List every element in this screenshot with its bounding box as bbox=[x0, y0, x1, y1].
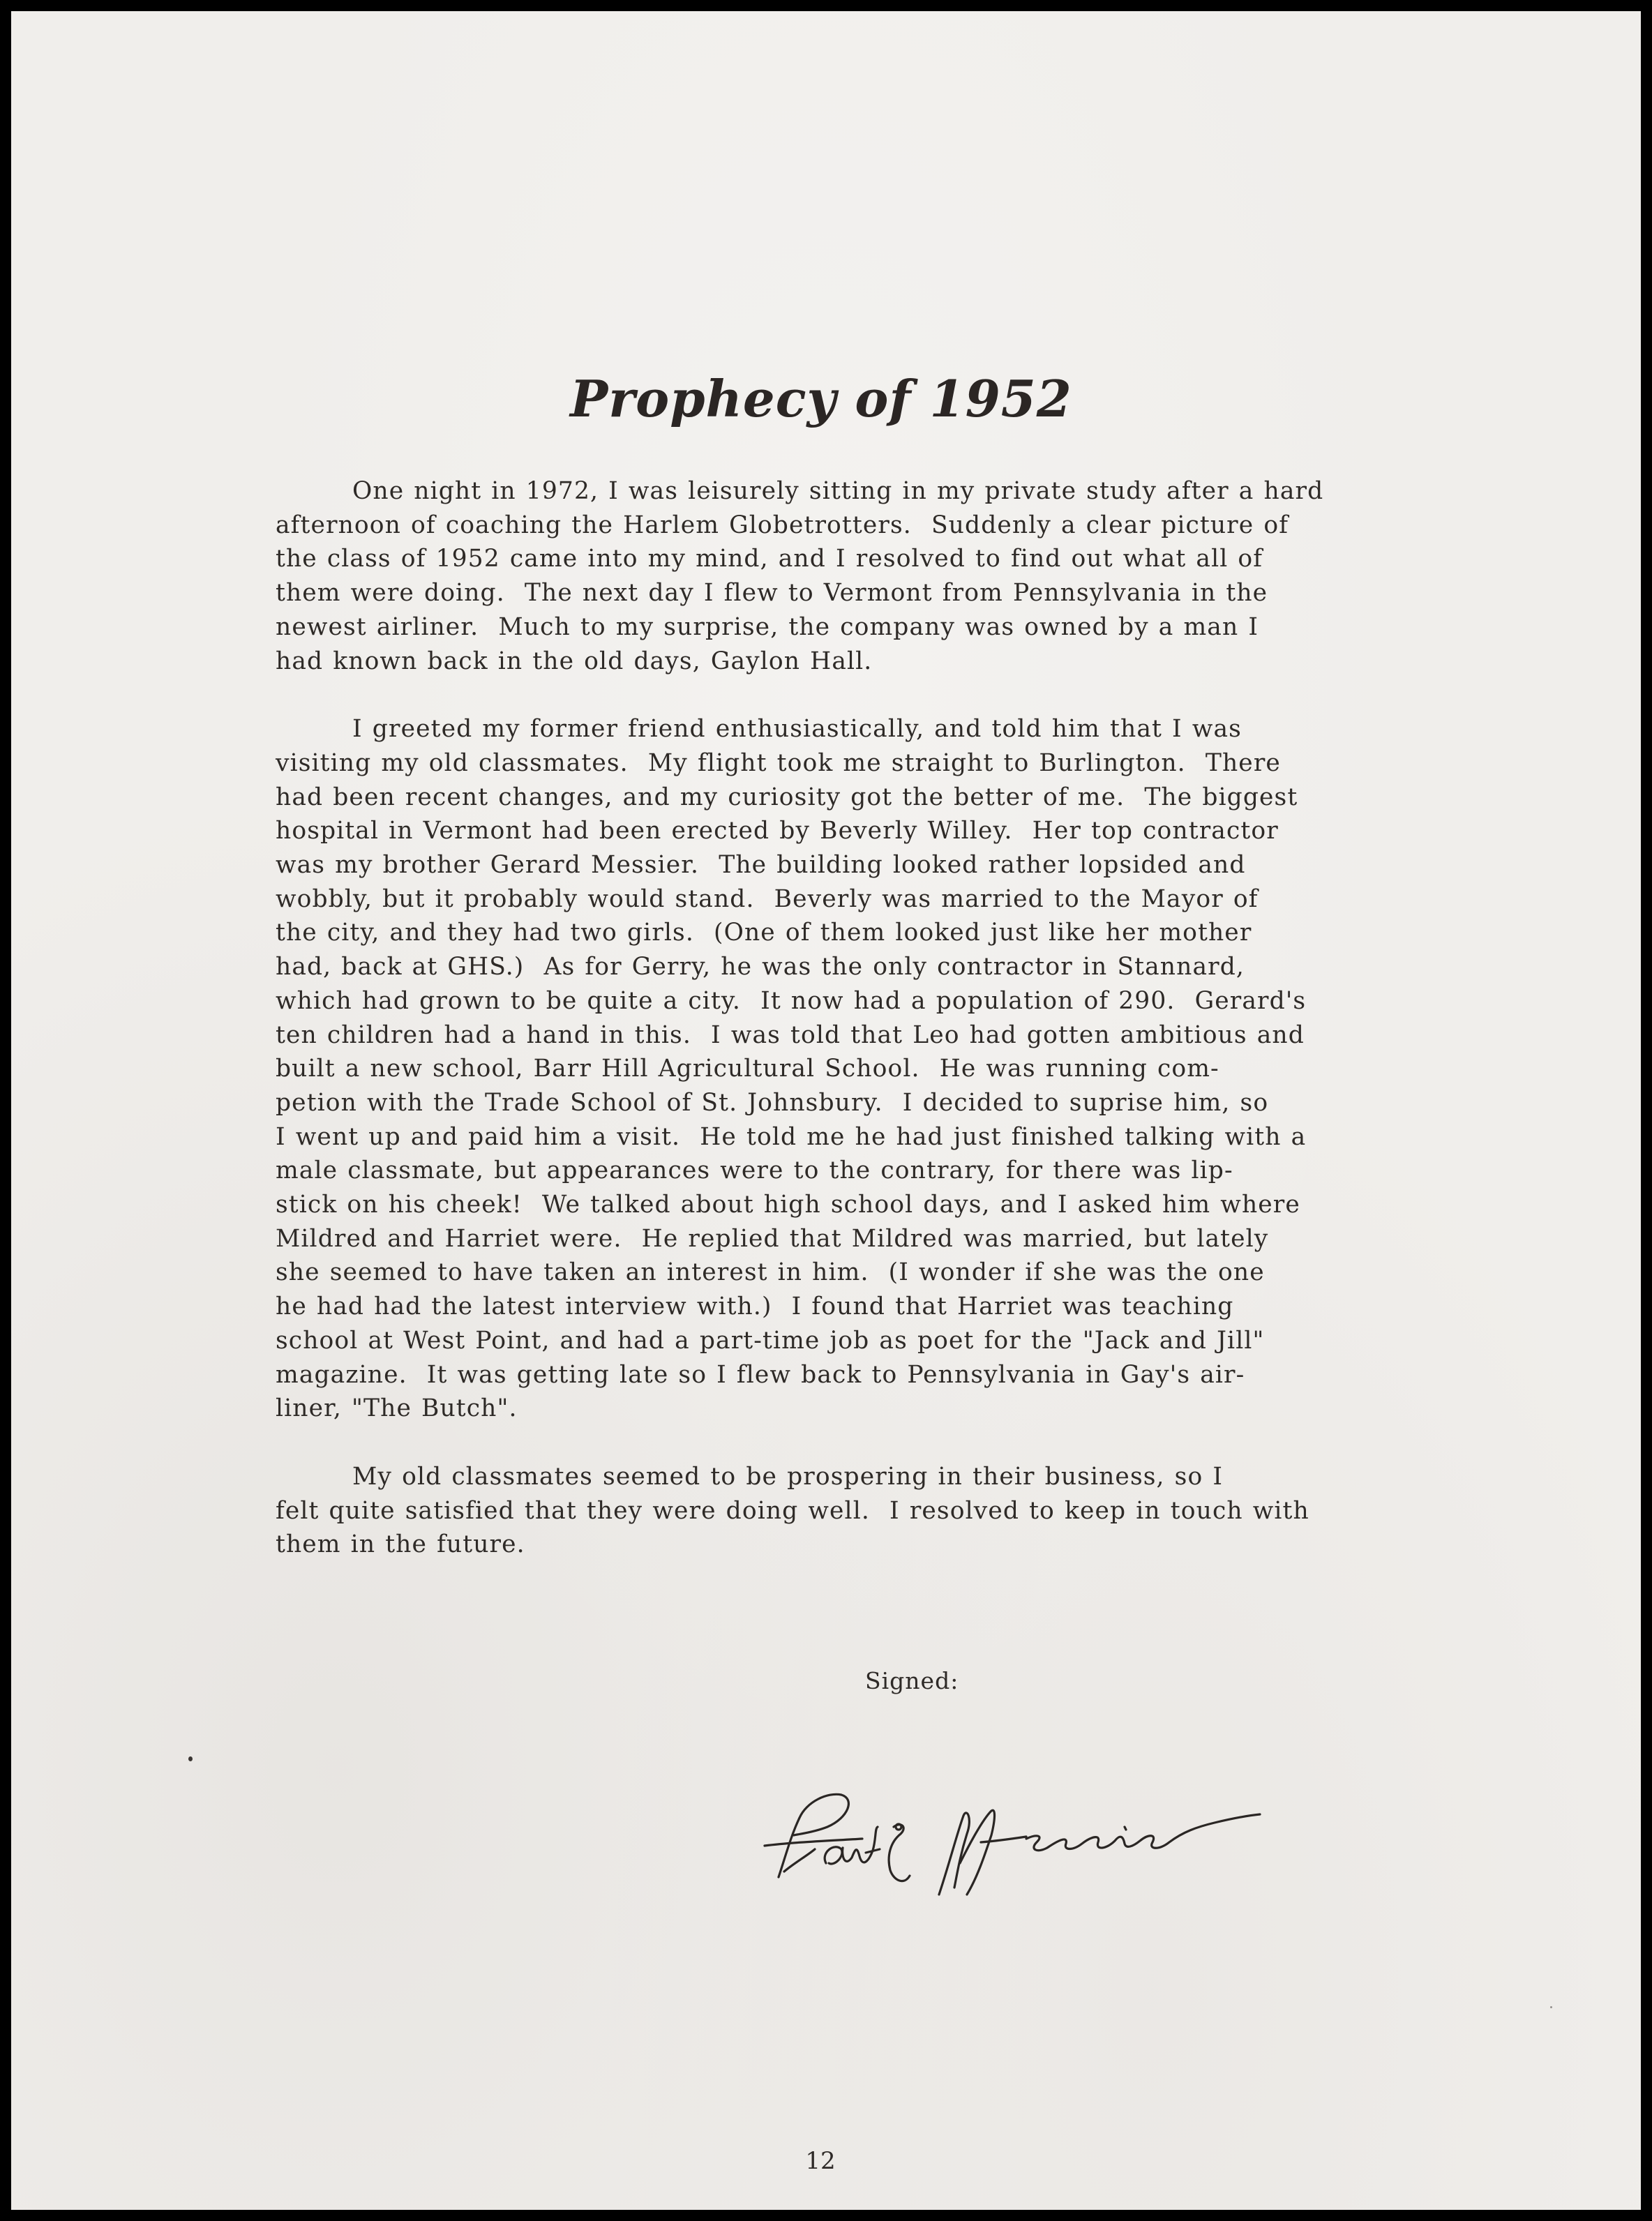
text-line: had been recent changes, and my curiosit… bbox=[276, 781, 1489, 815]
text-line: male classmate, but appearances were to … bbox=[276, 1154, 1489, 1188]
text-line: newest airliner. Much to my surprise, th… bbox=[276, 610, 1489, 645]
text-line: them in the future. bbox=[276, 1528, 1489, 1562]
text-line: was my brother Gerard Messier. The build… bbox=[276, 848, 1489, 882]
page-number: 12 bbox=[6, 2147, 1635, 2175]
text-line: she seemed to have taken an interest in … bbox=[276, 1256, 1489, 1290]
text-line: afternoon of coaching the Harlem Globetr… bbox=[276, 509, 1489, 543]
document-page: Prophecy of 1952 One night in 1972, I wa… bbox=[11, 11, 1641, 2210]
text-line: which had grown to be quite a city. It n… bbox=[276, 984, 1489, 1018]
text-line: wobbly, but it probably would stand. Bev… bbox=[276, 882, 1489, 917]
text-line: the class of 1952 came into my mind, and… bbox=[276, 542, 1489, 576]
text-line: liner, "The Butch". bbox=[276, 1392, 1489, 1426]
text-line: the city, and they had two girls. (One o… bbox=[276, 916, 1489, 950]
paper-speck bbox=[1550, 2006, 1552, 2008]
paragraph-1: One night in 1972, I was leisurely sitti… bbox=[276, 474, 1489, 678]
text-line: My old classmates seemed to be prosperin… bbox=[276, 1460, 1489, 1494]
handwritten-signature-icon bbox=[751, 1752, 1476, 1905]
text-line: stick on his cheek! We talked about high… bbox=[276, 1188, 1489, 1222]
text-line: I greeted my former friend enthusiastica… bbox=[276, 712, 1489, 746]
text-line: built a new school, Barr Hill Agricultur… bbox=[276, 1052, 1489, 1086]
text-line: hospital in Vermont had been erected by … bbox=[276, 814, 1489, 848]
paper-speck bbox=[188, 1756, 193, 1761]
text-line: petion with the Trade School of St. John… bbox=[276, 1086, 1489, 1120]
text-line: them were doing. The next day I flew to … bbox=[276, 576, 1489, 610]
paragraph-3: My old classmates seemed to be prosperin… bbox=[276, 1460, 1489, 1562]
text-line: visiting my old classmates. My flight to… bbox=[276, 746, 1489, 781]
text-line: magazine. It was getting late so I flew … bbox=[276, 1358, 1489, 1392]
signed-label: Signed: bbox=[865, 1667, 959, 1694]
signature: Paul E. Messier bbox=[751, 1752, 1476, 1905]
text-line: school at West Point, and had a part-tim… bbox=[276, 1324, 1489, 1358]
paragraph-2: I greeted my former friend enthusiastica… bbox=[276, 712, 1489, 1426]
text-line: One night in 1972, I was leisurely sitti… bbox=[276, 474, 1489, 509]
text-line: had, back at GHS.) As for Gerry, he was … bbox=[276, 950, 1489, 984]
body-text: One night in 1972, I was leisurely sitti… bbox=[276, 474, 1489, 1596]
text-line: I went up and paid him a visit. He told … bbox=[276, 1120, 1489, 1154]
text-line: he had had the latest interview with.) I… bbox=[276, 1290, 1489, 1324]
text-line: Mildred and Harriet were. He replied tha… bbox=[276, 1222, 1489, 1256]
text-line: had known back in the old days, Gaylon H… bbox=[276, 645, 1489, 679]
page-title: Prophecy of 1952 bbox=[6, 374, 1636, 424]
text-line: ten children had a hand in this. I was t… bbox=[276, 1018, 1489, 1053]
text-line: felt quite satisfied that they were doin… bbox=[276, 1494, 1489, 1528]
